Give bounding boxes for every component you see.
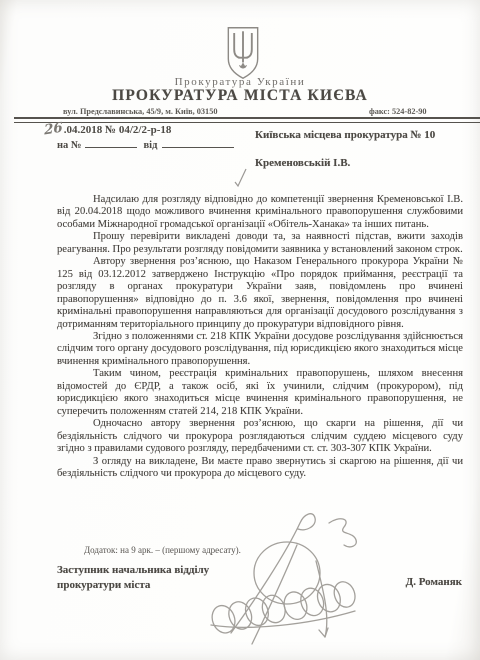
reply-middle: від bbox=[143, 140, 157, 151]
blank-number-line bbox=[85, 138, 137, 148]
body-paragraph: Таким чином, реєстрація кримінальних пра… bbox=[57, 368, 463, 418]
letterhead-title: ПРОКУРАТУРА МІСТА КИЄВА bbox=[0, 87, 480, 105]
letterhead-address: вул. Предславинська, 45/9, м. Київ, 0315… bbox=[63, 107, 218, 116]
letterhead-fax: факс: 524-82-90 bbox=[369, 107, 427, 116]
outgoing-ref-line: 26.04.2018 № 04/2/2-р-18 bbox=[44, 121, 171, 137]
signer-position-line2: прокуратури міста bbox=[57, 578, 209, 593]
body-paragraph: Одночасно автору звернення роз’яснюю, що… bbox=[57, 418, 463, 455]
ukraine-trident-coat-of-arms-icon bbox=[225, 26, 261, 80]
letter-body: Надсилаю для розгляду відповідно до комп… bbox=[57, 194, 463, 480]
handwritten-day: 26 bbox=[44, 119, 63, 138]
handwritten-checkmark-icon bbox=[233, 167, 249, 189]
handwritten-signature-scribble-icon bbox=[203, 503, 368, 648]
reply-prefix: на № bbox=[57, 140, 81, 151]
scanned-letter: Прокуратура України ПРОКУРАТУРА МІСТА КИ… bbox=[0, 0, 480, 660]
body-paragraph: З огляду на викладене, Ви маєте право зв… bbox=[57, 456, 463, 481]
recipient-organization: Київська місцева прокуратура № 10 bbox=[255, 129, 435, 141]
recipient-person: Кременовській І.В. bbox=[255, 157, 350, 169]
signer-position-line1: Заступник начальника відділу bbox=[57, 563, 209, 578]
body-paragraph: Надсилаю для розгляду відповідно до комп… bbox=[57, 194, 463, 231]
body-paragraph: Прошу перевірити викладені доводи та, за… bbox=[57, 231, 463, 256]
body-paragraph: Згідно з положеннями ст. 218 КПК України… bbox=[57, 331, 463, 368]
signer-position: Заступник начальника відділу прокуратури… bbox=[57, 563, 209, 593]
incoming-ref-line: на №від bbox=[57, 138, 234, 151]
printed-ref: .04.2018 № 04/2/2-р-18 bbox=[64, 124, 172, 136]
signer-name: Д. Романяк bbox=[406, 576, 462, 588]
blank-date-line bbox=[162, 138, 234, 148]
body-paragraph: Автору звернення роз’яснюю, що Наказом Г… bbox=[57, 256, 463, 331]
